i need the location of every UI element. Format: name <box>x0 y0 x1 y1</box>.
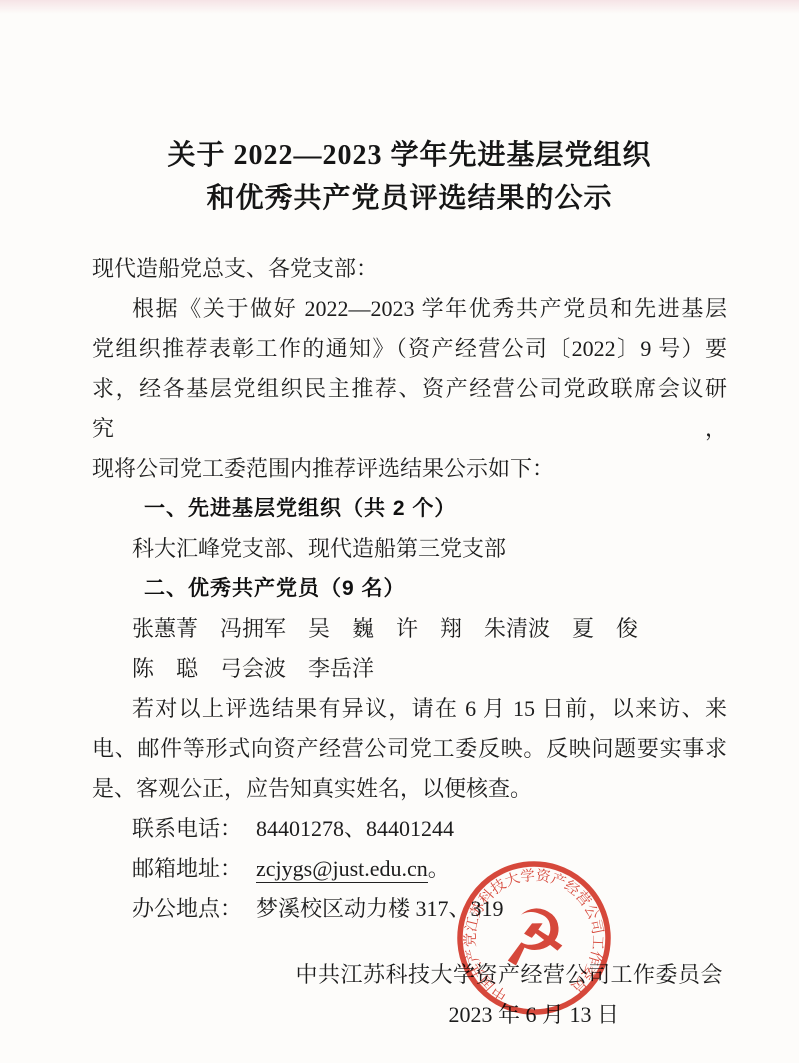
document-title: 关于 2022—2023 学年先进基层党组织 和优秀共产党员评选结果的公示 <box>92 134 727 220</box>
document-title-line-1: 关于 2022—2023 学年先进基层党组织 <box>92 134 727 177</box>
section-1-item: 科大汇峰党支部、现代造船第三党支部 <box>92 529 727 569</box>
contact-email-suffix: 。 <box>428 856 450 881</box>
contact-phone-label: 联系电话： <box>132 816 242 841</box>
closing-block: 中共江苏科技大学资产经营公司工作委员会 2023 年 6 月 13 日 <box>92 955 727 1035</box>
notice-document-page: 关于 2022—2023 学年先进基层党组织 和优秀共产党员评选结果的公示 现代… <box>0 0 799 1063</box>
document-title-line-2: 和优秀共产党员评选结果的公示 <box>92 177 727 220</box>
issue-date: 2023 年 6 月 13 日 <box>92 995 727 1035</box>
paragraph-intro-line: 根据《关于做好 2022—2023 学年优秀共产党员和先进基层 <box>92 289 727 329</box>
paragraph-intro-line: 现将公司党工委范围内推荐评选结果公示如下： <box>92 449 727 489</box>
issuer-signature: 中共江苏科技大学资产经营公司工作委员会 <box>92 955 727 995</box>
contact-office-label: 办公地点： <box>132 896 242 921</box>
contact-email-value: zcjygs@just.edu.cn <box>256 856 428 883</box>
section-2-heading: 二、优秀共产党员（9 名） <box>92 569 727 609</box>
paragraph-intro: 根据《关于做好 2022—2023 学年优秀共产党员和先进基层 党组织推荐表彰工… <box>92 289 727 489</box>
contact-office-row: 办公地点：梦溪校区动力楼 317、319 <box>92 889 727 929</box>
contact-email-label: 邮箱地址： <box>132 856 242 881</box>
paragraph-objection-line: 是、客观公正，应告知真实姓名，以便核查。 <box>92 769 727 809</box>
document-content: 关于 2022—2023 学年先进基层党组织 和优秀共产党员评选结果的公示 现代… <box>92 134 727 1035</box>
awardee-names-line-2: 陈 聪 弓会波 李岳洋 <box>92 649 727 689</box>
awardee-names-line-1: 张蕙菁 冯拥军 吴 巍 许 翔 朱清波 夏 俊 <box>92 609 727 649</box>
paragraph-intro-line: 求，经各基层党组织民主推荐、资产经营公司党政联席会议研究， <box>92 369 727 449</box>
hammer-and-sickle-icon: ☭ <box>497 891 571 985</box>
paragraph-intro-line: 党组织推荐表彰工作的通知》（资产经营公司〔2022〕9 号）要 <box>92 329 727 369</box>
official-seal-stamp: 中国共产党江苏科技大学资产经营公司工作委员会 ☭ <box>449 853 620 1024</box>
section-1-heading: 一、先进基层党组织（共 2 个） <box>92 489 727 529</box>
document-body: 现代造船党总支、各党支部： 根据《关于做好 2022—2023 学年优秀共产党员… <box>92 249 727 929</box>
paragraph-objection-line: 电、邮件等形式向资产经营公司党工委反映。反映问题要实事求 <box>92 729 727 769</box>
paragraph-objection: 若对以上评选结果有异议，请在 6 月 15 日前，以来访、来 电、邮件等形式向资… <box>92 689 727 809</box>
contact-phone-value: 84401278、84401244 <box>256 816 454 841</box>
paragraph-objection-line: 若对以上评选结果有异议，请在 6 月 15 日前，以来访、来 <box>92 689 727 729</box>
contact-phone-row: 联系电话：84401278、84401244 <box>92 809 727 849</box>
official-seal-svg: 中国共产党江苏科技大学资产经营公司工作委员会 ☭ <box>449 853 620 1024</box>
salutation: 现代造船党总支、各党支部： <box>92 249 727 289</box>
contact-email-row: 邮箱地址：zcjygs@just.edu.cn。 <box>92 849 727 889</box>
